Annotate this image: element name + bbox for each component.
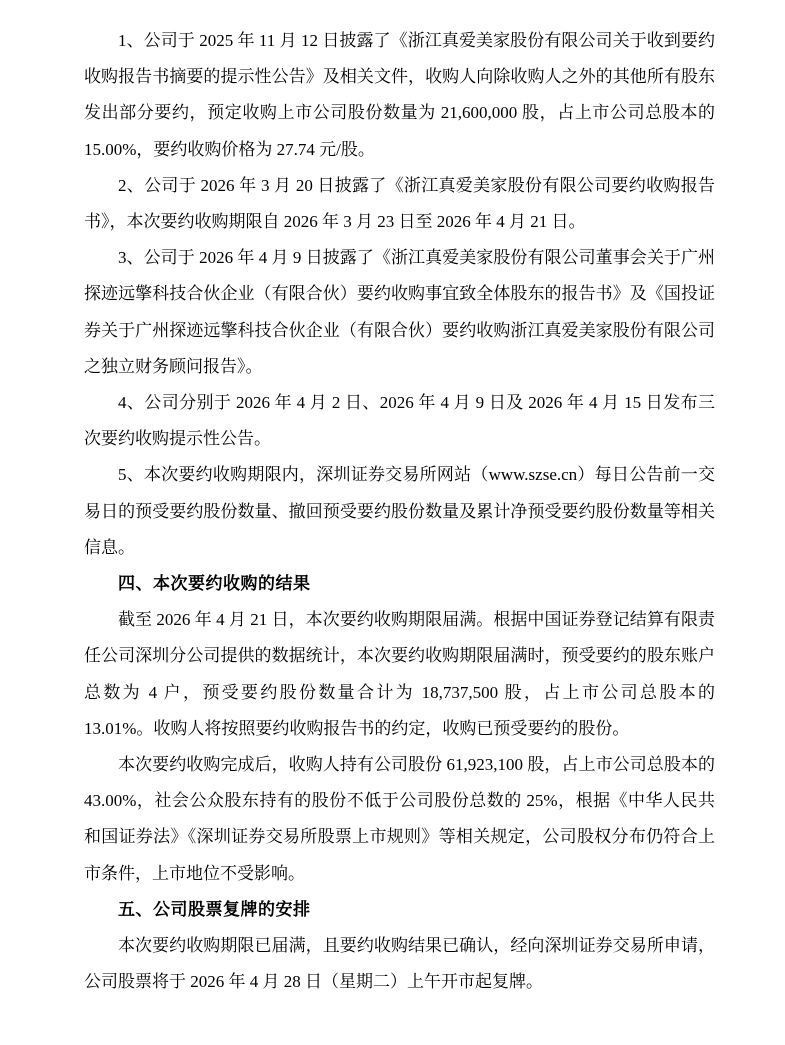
paragraph-disclosure-5: 5、本次要约收购期限内，深圳证券交易所网站（www.szse.cn）每日公告前一… [84, 457, 715, 566]
paragraph-disclosure-1: 1、公司于 2025 年 11 月 12 日披露了《浙江真爱美家股份有限公司关于… [84, 23, 715, 168]
section-heading-resumption: 五、公司股票复牌的安排 [84, 892, 715, 928]
paragraph-offer-result-1: 截至 2026 年 4 月 21 日，本次要约收购期限届满。根据中国证券登记结算… [84, 602, 715, 747]
paragraph-disclosure-4: 4、公司分别于 2026 年 4 月 2 日、2026 年 4 月 9 日及 2… [84, 385, 715, 457]
paragraph-resumption: 本次要约收购期限已届满，且要约收购结果已确认，经向深圳证券交易所申请，公司股票将… [84, 928, 715, 1000]
document-page: 1、公司于 2025 年 11 月 12 日披露了《浙江真爱美家股份有限公司关于… [0, 0, 785, 1045]
paragraph-disclosure-3: 3、公司于 2026 年 4 月 9 日披露了《浙江真爱美家股份有限公司董事会关… [84, 240, 715, 385]
paragraph-offer-result-2: 本次要约收购完成后，收购人持有公司股份 61,923,100 股，占上市公司总股… [84, 747, 715, 892]
document-viewport: { "page": { "background_color": "#ffffff… [0, 0, 785, 1045]
section-heading-offer-result: 四、本次要约收购的结果 [84, 566, 715, 602]
paragraph-disclosure-2: 2、公司于 2026 年 3 月 20 日披露了《浙江真爱美家股份有限公司要约收… [84, 168, 715, 240]
